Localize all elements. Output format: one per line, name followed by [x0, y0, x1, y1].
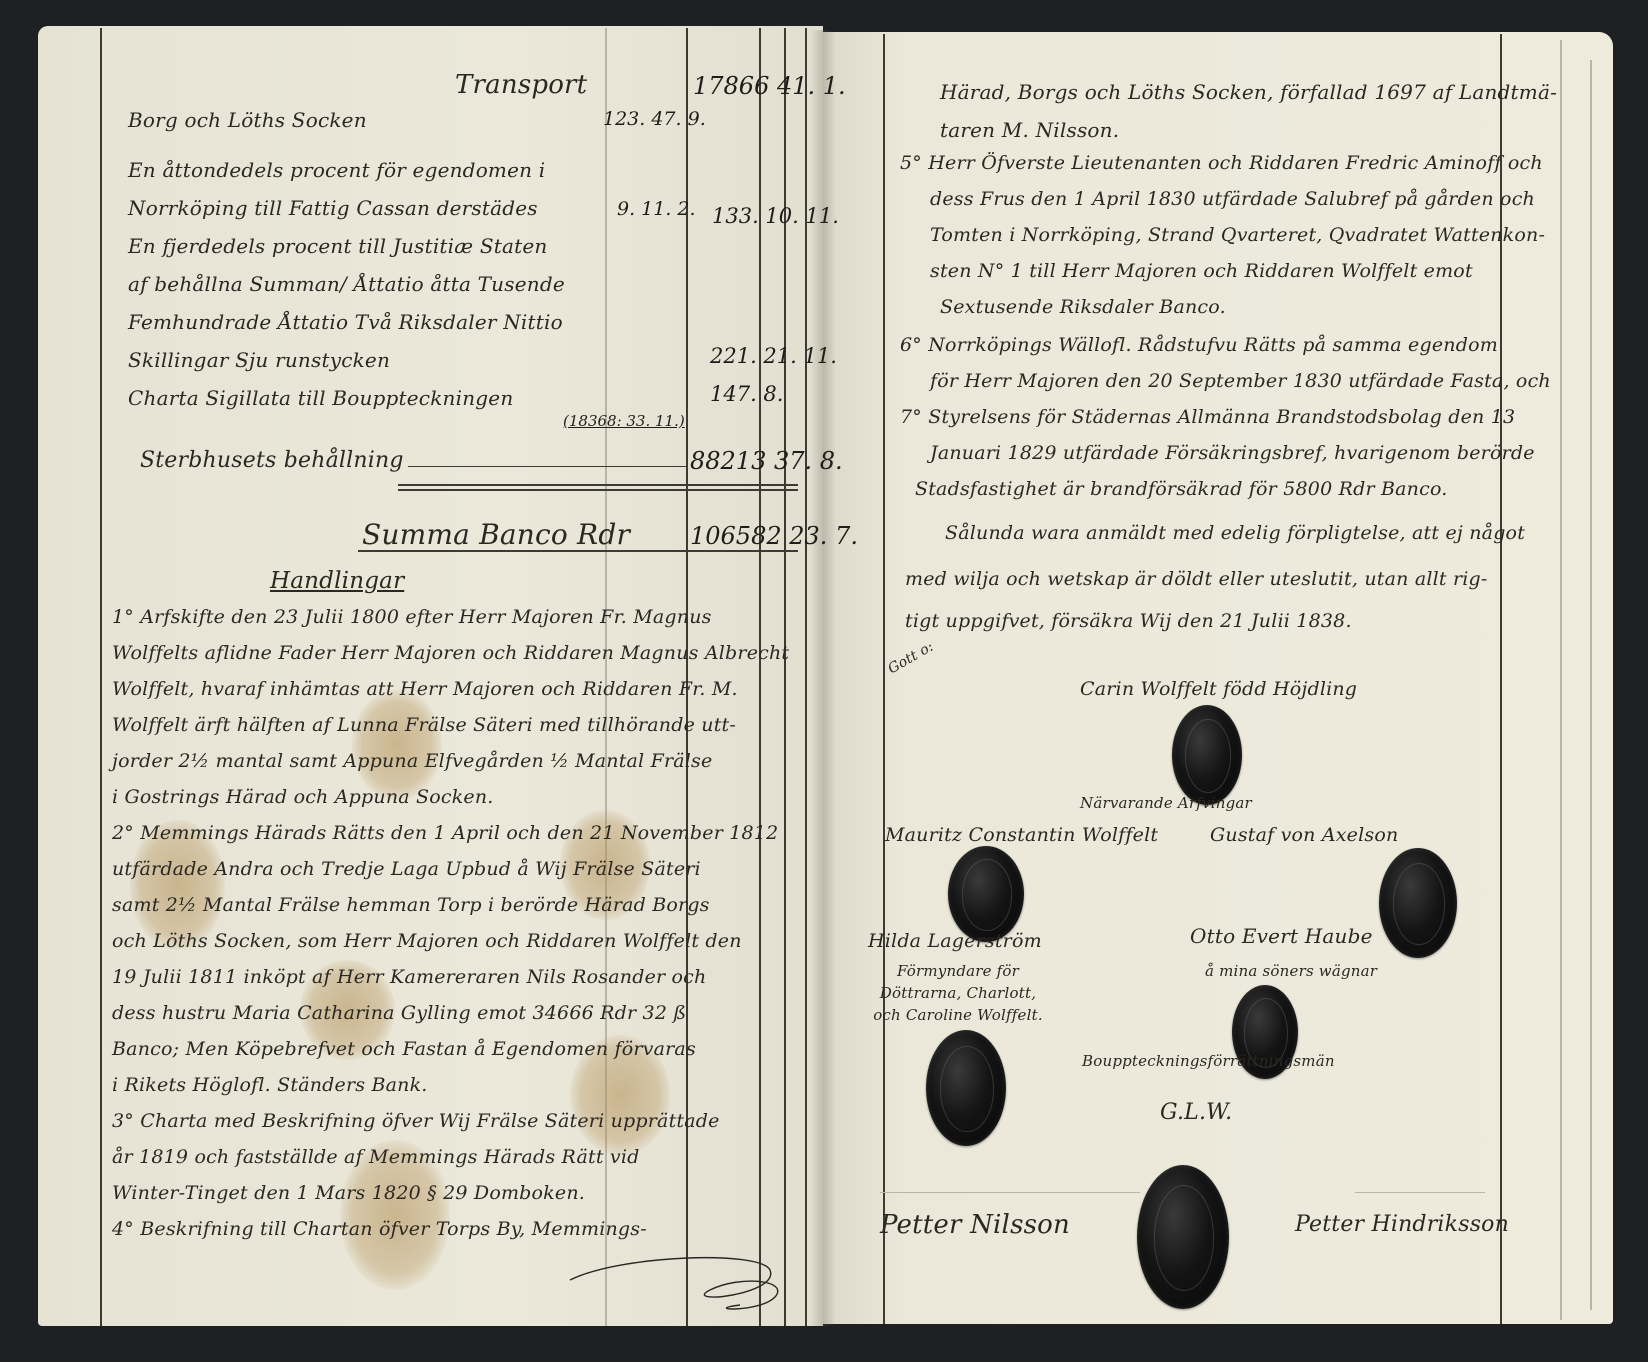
handlingar-line: i Gostrings Härad och Appuna Socken. — [112, 786, 494, 808]
deed-line: 6° Norrköpings Wällofl. Rådstufvu Rätts … — [900, 334, 1498, 356]
wax-seal — [926, 1030, 1006, 1146]
balance-double-rule-1 — [398, 484, 798, 486]
right-edge-rule — [1560, 40, 1562, 1320]
left-margin-rule — [100, 28, 102, 1326]
deed-line: 7° Styrelsens för Städernas Allmänna Bra… — [900, 406, 1515, 428]
subtotal-note: (18368: 33. 11.) — [563, 412, 685, 430]
ledger-line: Femhundrade Åttatio Två Riksdaler Nittio — [128, 310, 563, 334]
deed-line: Sextusende Riksdaler Banco. — [940, 296, 1226, 318]
signature-heir-1: Mauritz Constantin Wolffelt — [885, 824, 1158, 846]
signature-line — [1355, 1192, 1485, 1193]
ledger-line: Charta Sigillata till Bouppteckningen — [128, 386, 513, 410]
ledger-line: Skillingar Sju runstycken — [128, 348, 390, 372]
transport-amount: 17866 41. 1. — [693, 72, 846, 100]
wax-seal — [1379, 848, 1457, 958]
deed-line: taren M. Nilsson. — [940, 118, 1119, 142]
signature-heir-2: Gustaf von Axelson — [1210, 824, 1398, 846]
balance-amount: 88213 37. 8. — [690, 447, 843, 475]
signature-widow: Carin Wolffelt född Höjdling — [1080, 678, 1357, 700]
line-amount: 221. 21. 11. — [710, 344, 837, 368]
handlingar-line: Winter-Tinget den 1 Mars 1820 § 29 Dombo… — [112, 1182, 585, 1204]
balance-leader-line — [408, 466, 688, 467]
ledger-line: af behållna Summan/ Åttatio åtta Tusende — [128, 272, 565, 296]
total-label: Summa Banco Rdr — [362, 518, 630, 551]
handlingar-line: Wolffelt ärft hälften af Lunna Frälse Sä… — [112, 714, 736, 736]
line-amount: 147. 8. — [710, 382, 783, 406]
deed-line: för Herr Majoren den 20 September 1830 u… — [930, 370, 1551, 392]
handlingar-line: och Löths Socken, som Herr Majoren och R… — [112, 930, 742, 952]
affirmation-line: med wilja och wetskap är döldt eller ute… — [905, 568, 1488, 590]
deed-line: Tomten i Norrköping, Strand Qvarteret, Q… — [930, 224, 1545, 246]
signature-guardian: Hilda Lagerström — [868, 930, 1042, 952]
right-edge-rule-2 — [1590, 60, 1592, 1310]
handlingar-line: samt 2½ Mantal Frälse hemman Torp i berö… — [112, 894, 710, 916]
section-heading-handlingar: Handlingar — [270, 568, 404, 594]
affirmation-line: Sålunda wara anmäldt med edelig förpligt… — [945, 522, 1525, 544]
handlingar-line: Banco; Men Köpebrefvet och Fastan å Egen… — [112, 1038, 696, 1060]
wax-seal — [1172, 705, 1242, 805]
handlingar-line: 3° Charta med Beskrifning öfver Wij Fräl… — [112, 1110, 720, 1132]
handlingar-line: jorder 2½ mantal samt Appuna Elfvegården… — [112, 750, 712, 772]
ledger-line: Norrköping till Fattig Cassan derstädes — [128, 196, 538, 220]
signature-appraiser-2: Petter Hindriksson — [1295, 1212, 1509, 1237]
sub-amount: 123. 47. 9. — [603, 108, 706, 130]
foxing-stain — [352, 690, 442, 800]
deed-line: Januari 1829 utfärdade Försäkringsbref, … — [930, 442, 1535, 464]
witnesses-heading: Närvarande Arfvingar — [1080, 794, 1252, 812]
handlingar-line: 19 Julii 1811 inköpt af Herr Kamereraren… — [112, 966, 706, 988]
handlingar-line: i Rikets Höglofl. Ständers Bank. — [112, 1074, 428, 1096]
wax-seal — [948, 846, 1024, 942]
appraiser-monogram: G.L.W. — [1160, 1100, 1232, 1125]
balance-double-rule-2 — [398, 489, 798, 491]
total-amount: 106582 23. 7. — [690, 522, 858, 550]
transport-label: Transport — [455, 70, 587, 100]
ledger-line: En fjerdedels procent till Justitiæ Stat… — [128, 234, 547, 258]
deed-line: sten N° 1 till Herr Majoren och Riddaren… — [930, 260, 1473, 282]
signature-heir-3: Otto Evert Haube — [1190, 924, 1373, 948]
heir-3-note: å mina söners wägnar — [1205, 962, 1377, 980]
handlingar-line: Wolffelts aflidne Fader Herr Majoren och… — [112, 642, 789, 664]
sub-amount: 9. 11. 2. — [617, 198, 696, 220]
wax-seal — [1137, 1165, 1229, 1309]
signature-appraiser-1: Petter Nilsson — [880, 1210, 1070, 1240]
balance-label: Sterbhusets behållning — [140, 448, 404, 473]
pen-flourish — [560, 1235, 800, 1315]
affirmation-line: tigt uppgifvet, försäkra Wij den 21 Juli… — [905, 610, 1352, 632]
deed-line: 5° Herr Öfverste Lieutenanten och Riddar… — [900, 152, 1543, 174]
line-amount: 133. 10. 11. — [712, 204, 839, 228]
guardian-note: Förmyndare för Döttrarna, Charlott, och … — [868, 960, 1048, 1026]
handlingar-line: Wolffelt, hvaraf inhämtas att Herr Major… — [112, 678, 738, 700]
signature-line — [880, 1192, 1140, 1193]
handlingar-line: 2° Memmings Härads Rätts den 1 April och… — [112, 822, 778, 844]
appraisers-heading: Bouppteckningsförrättningsmän — [1082, 1052, 1335, 1070]
handlingar-line: dess hustru Maria Catharina Gylling emot… — [112, 1002, 686, 1024]
handlingar-line: utfärdade Andra och Tredje Laga Upbud å … — [112, 858, 701, 880]
handlingar-line: 1° Arfskifte den 23 Julii 1800 efter Her… — [112, 606, 712, 628]
handlingar-line: år 1819 och fastställde af Memmings Hära… — [112, 1146, 639, 1168]
ledger-line: Borg och Löths Socken — [128, 108, 367, 132]
deed-line: Härad, Borgs och Löths Socken, förfallad… — [940, 80, 1557, 104]
deed-line: dess Frus den 1 April 1830 utfärdade Sal… — [930, 188, 1535, 210]
right-margin-rule — [883, 34, 885, 1324]
ledger-line: En åttondedels procent för egendomen i — [128, 158, 545, 182]
deed-line: Stadsfastighet är brandförsäkrad för 580… — [915, 478, 1448, 500]
